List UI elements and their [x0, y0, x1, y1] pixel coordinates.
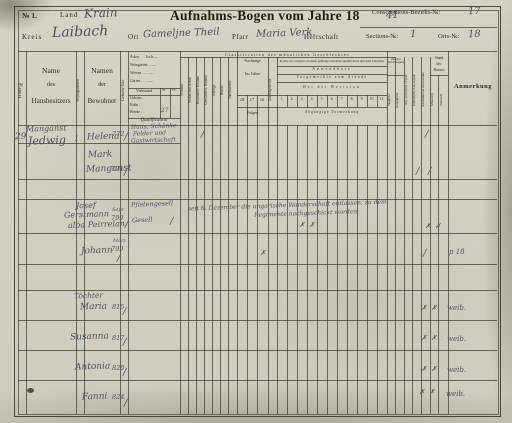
classification-line-vorgemerkte: Vorgemerkte zum Stande	[278, 76, 386, 80]
inhabitant-name: Mark	[88, 151, 113, 161]
grid-line-horizontal	[430, 75, 448, 76]
property-box-row-3: Wiesen . . . . —	[130, 72, 154, 76]
vcol-woher-wohin: Woher und wohin	[189, 59, 195, 121]
remark-entry: p 18	[449, 249, 465, 256]
grid-line-horizontal	[360, 27, 497, 28]
smallbox-sub-taugliche: Taugliche	[388, 77, 394, 123]
class-caption: Abgängige Vormerkung	[277, 111, 387, 115]
vcol-wohnort: Wohnort	[181, 59, 187, 121]
scanned-census-form: { "meta": { "no": "№ 1.", "land_label": …	[0, 0, 512, 423]
birth-year: 772	[112, 131, 124, 138]
livestock-row-1: Ochsen .	[130, 97, 143, 101]
birth-year: 799	[111, 215, 123, 222]
check-mark: ∕	[423, 249, 426, 259]
supplement-year-18: 18	[237, 98, 247, 103]
birth-year: 824	[112, 394, 124, 401]
class-col-1: 1.	[277, 98, 287, 102]
smallbox-title: Bei der Nachtragung	[388, 58, 404, 64]
property-box-row-2: Weingärten . . —	[130, 64, 156, 68]
vcol-blinde: Blinde	[221, 59, 227, 121]
grid-line-horizontal	[18, 199, 497, 200]
classification-title: Classification des männlichen Geschlecht…	[182, 53, 393, 57]
check-mark: ∕	[123, 368, 126, 378]
vcol-beurlaubte: Beurlaubte Militärs	[197, 59, 203, 121]
owner-name-line-1: Manganst	[26, 124, 67, 133]
grid-line-horizontal	[18, 320, 497, 321]
grid-line-vertical	[317, 125, 318, 414]
ink-blot	[27, 388, 34, 393]
column-header-birth-year: Geburts-Jahr	[121, 58, 128, 122]
vcol-auslaendische: Ausländische Abwesende	[422, 59, 428, 121]
smallbox-sub-untaugliche: Untaugliche	[396, 77, 402, 123]
x-mark: ✗	[431, 335, 437, 342]
grid-line-horizontal	[237, 95, 387, 96]
birth-month: März	[113, 239, 126, 244]
livestock-row-2: Kühe . .	[130, 104, 142, 108]
inhabitant-name-line-2: Gerstmann	[64, 210, 109, 220]
property-box-row-4: Gärten . . . . —	[130, 80, 153, 84]
class-col-8: 8.	[347, 98, 357, 102]
check-mark: ∕	[428, 167, 431, 177]
remark-entry: weib.	[446, 391, 465, 398]
vcol-inlaendische: Inländische Abwesende	[413, 59, 419, 121]
check-mark: ∕	[425, 130, 428, 140]
grid-line-vertical	[257, 95, 258, 414]
grid-line-horizontal	[18, 380, 497, 381]
column-header-owner-1: Name	[27, 67, 75, 75]
grid-line-horizontal	[180, 57, 395, 58]
check-mark: ∕	[117, 254, 120, 264]
check-mark: ∕	[124, 133, 127, 143]
x-mark: ✗	[435, 223, 441, 230]
class-col-2: 2.	[287, 98, 297, 102]
land-value-handwritten: Krain	[84, 6, 118, 19]
grid-line-vertical	[247, 95, 248, 414]
qualification-line-1: Pfistengesell	[131, 200, 173, 208]
conscription-district-value: 17	[468, 7, 481, 17]
kreis-value-handwritten: Laibach	[52, 24, 109, 40]
supplement-year-17: 17	[247, 98, 257, 103]
grid-line-vertical	[170, 88, 171, 118]
check-mark: ∕	[124, 168, 127, 178]
remark-column-header: Anmerkung	[450, 84, 496, 91]
grid-line-horizontal	[18, 350, 497, 351]
x-mark: ✗	[431, 305, 437, 312]
grid-line-vertical	[357, 125, 358, 414]
supplements-title: Nachträge	[238, 59, 267, 63]
classification-line-anwendbare: Anwendbare	[278, 68, 386, 72]
orts-number-value: 18	[468, 30, 481, 40]
party-number-entry: 1	[74, 135, 79, 143]
stand-title-1: Stand	[430, 57, 448, 61]
classification-sentence: In eine der vorigen Colonnen gehörige, m…	[278, 60, 386, 63]
column-header-owner-3: Hausbesitzers	[27, 98, 75, 105]
vcol-geistliche: Geistliche u. Beamte	[205, 59, 211, 121]
x-mark: ✗	[421, 366, 427, 373]
birth-year: 799	[111, 246, 123, 253]
grid-line-horizontal	[18, 125, 497, 126]
stand-sub-female: Weiblich	[440, 77, 446, 123]
x-mark: ✗	[431, 366, 437, 373]
herrschaft-label: Herrschaft	[304, 34, 339, 41]
class-col-7: 7.	[337, 98, 347, 102]
class-col-9: 9.	[357, 98, 367, 102]
inhabitant-name: Fanni	[82, 393, 108, 403]
orts-number-label: Orts-№:	[438, 34, 459, 41]
supplements-im-jahre: Im Jahre	[238, 72, 267, 77]
grid-line-vertical	[337, 125, 338, 414]
vcol-adelige: Adelige	[213, 59, 219, 121]
check-mark: ∕	[124, 399, 127, 409]
grid-line-vertical	[347, 125, 348, 414]
paper-sheet: № 1. Land Krain Aufnahms-Bogen vom Jahre…	[0, 0, 512, 423]
vcol-urlaub: Auf zeitlichem Urlaub	[405, 59, 411, 121]
column-header-house-number: Haus-№	[18, 58, 26, 122]
stand-title-2: des	[430, 63, 448, 67]
grid-line-horizontal	[277, 82, 387, 83]
livestock-col-2: Fr.	[172, 89, 176, 93]
x-mark: ✗	[421, 335, 427, 342]
birth-month: Sept	[112, 208, 124, 213]
owner-name-line-2: Jedwig	[28, 134, 66, 146]
form-number: № 1.	[22, 12, 37, 20]
house-number-entry: 29	[15, 133, 27, 142]
livestock-row-3: Pferde .	[130, 111, 142, 115]
x-mark: ✗	[425, 223, 431, 230]
inhabitant-name: Johann	[81, 246, 113, 256]
grid-line-vertical	[367, 125, 368, 414]
class-col-11: 11.	[377, 98, 387, 102]
x-mark: ✗	[419, 389, 425, 396]
kreis-label: Kreis	[22, 34, 42, 41]
vcol-taubstumme: Taubstumme	[229, 59, 235, 121]
remark-entry: weib.	[447, 367, 466, 374]
classification-line-revision: Bei der Revision	[278, 86, 386, 90]
remark-entry: weib.	[447, 305, 466, 312]
property-box-row-1: Äcker . . . Joch —	[130, 56, 158, 60]
grid-line-vertical	[297, 125, 298, 414]
x-mark: ✗	[299, 222, 305, 229]
class-col-10: 10.	[367, 98, 377, 102]
class-col-6: 6.	[327, 98, 337, 102]
group-label-daughters: Töchter	[74, 291, 103, 300]
livestock-col-1: St.	[162, 89, 166, 93]
grid-line-horizontal	[18, 179, 497, 180]
check-mark: ∕	[125, 220, 128, 230]
grid-line-horizontal	[237, 107, 387, 108]
grid-line-horizontal	[18, 233, 497, 234]
ort-label: Ort	[128, 34, 139, 41]
grid-line-vertical	[377, 125, 378, 414]
conscription-district-label: Conscriptions-Bezirks-№:	[372, 10, 440, 17]
livestock-value-handwritten: 27	[161, 108, 169, 114]
birth-year: 791	[111, 166, 123, 173]
x-mark: ✗	[429, 389, 435, 396]
class-col-3: 3.	[297, 98, 307, 102]
column-header-inhabitants-3: Bewohner	[85, 98, 119, 105]
x-mark: ✗	[309, 222, 315, 229]
check-mark: ∕	[416, 167, 419, 177]
stand-sub-male: Männlich	[431, 77, 437, 123]
class-col-5: 5.	[317, 98, 327, 102]
class-col-4: 4.	[307, 98, 317, 102]
column-header-owner-2: des	[27, 82, 75, 88]
column-header-inhabitants-1: Namen	[85, 67, 119, 75]
grid-line-horizontal	[387, 75, 404, 76]
sections-value-handwritten: 1	[410, 30, 417, 40]
grid-line-vertical	[287, 125, 288, 414]
pfarr-label: Pfarr	[232, 34, 249, 41]
inhabitant-name: Maria	[80, 303, 107, 313]
grid-line-horizontal	[18, 264, 497, 265]
grid-line-vertical	[307, 125, 308, 414]
inhabitant-name: Susanna	[70, 332, 109, 342]
supplement-year-16: 16	[257, 98, 267, 103]
x-mark: ✗	[421, 305, 427, 312]
check-mark: ∕	[123, 338, 126, 348]
column-header-household-parties: Wohnparteien	[76, 58, 84, 122]
land-label: Land	[60, 12, 78, 19]
livestock-box-title: Viehstand	[128, 89, 160, 93]
x-mark: ✗	[260, 250, 266, 257]
stand-title-3: Hauses	[430, 69, 448, 73]
check-mark: ∕	[123, 307, 126, 317]
supplements-caption: Folgen	[237, 111, 268, 115]
sections-label: Sections-№:	[366, 34, 398, 41]
check-mark: ∕	[201, 130, 204, 140]
vcol-zurueckgestellte: Zurückgestellte	[269, 59, 276, 121]
inhabitant-name: Antonia	[75, 362, 111, 372]
check-mark: ∕	[170, 217, 173, 227]
remark-entry: weib.	[447, 336, 466, 343]
column-header-inhabitants-2: der	[85, 82, 119, 88]
qualification-line-2: Gesell	[132, 217, 153, 224]
form-title: Aufnahms-Bogen vom Jahre 18	[170, 9, 360, 23]
grid-line-vertical	[327, 125, 328, 414]
